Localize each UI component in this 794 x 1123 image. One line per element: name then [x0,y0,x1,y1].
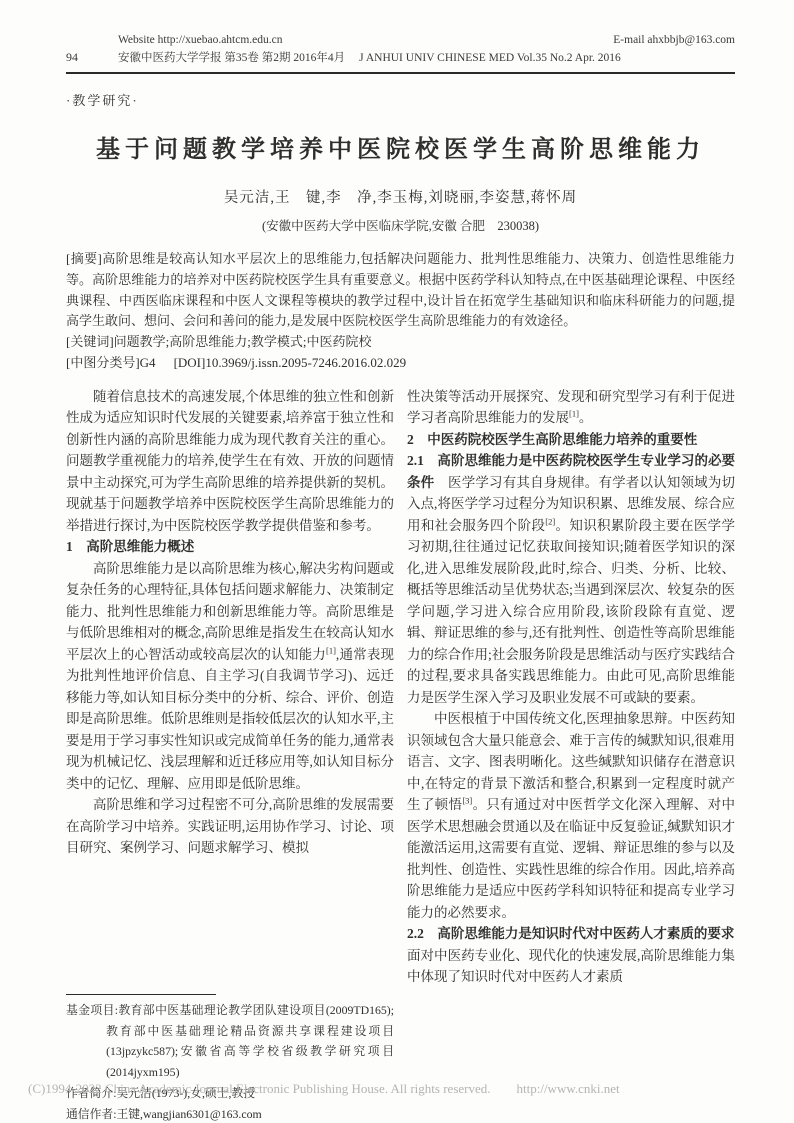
abstract-text: 高阶思维是较高认知水平层次上的思维能力,包括解决问题能力、批判性思维能力、决策力… [66,251,735,328]
abstract-label: [摘要] [66,251,102,266]
page-header-row2: 94 安徽中医药大学学报 第35卷 第2期 2016年4月 J ANHUI UN… [66,49,735,65]
author-list: 吴元洁,王 键,李 净,李玉梅,刘晓丽,李姿慧,蒋怀周 [66,186,735,207]
left-column: 随着信息技术的高速发展,个体思维的独立性和创新性成为适应知识时代发展的关键要素,… [66,386,394,988]
copyright-text: (C)1994-2022 China Academic Journal Elec… [28,1081,491,1096]
clc-label: [中图分类号] [66,355,140,370]
page-content: Website http://xuebao.ahtcm.edu.cn E-mai… [0,0,794,1123]
body-paragraph: 中医根植于中国传统文化,医理抽象思辩。中医药知识领域包含大量只能意会、难于言传的… [407,708,735,923]
journal-page: Website http://xuebao.ahtcm.edu.cn E-mai… [0,0,794,1123]
right-column: 性决策等活动开展探究、发现和研究型学习有利于促进学习者高阶思维能力的发展[1]。… [407,386,735,988]
section-tag: ·教学研究· [66,90,735,109]
body-paragraph: 随着信息技术的高速发展,个体思维的独立性和创新性成为适应知识时代发展的关键要素,… [66,386,394,537]
page-number: 94 [66,50,118,65]
header-divider [66,72,735,74]
keywords-paragraph: [关键词]问题教学;高阶思维能力;教学模式;中医药院校 [66,332,735,353]
doi-value: 10.3969/j.issn.2095-7246.2016.02.029 [205,355,406,370]
journal-name-cn: 安徽中医药大学学报 第35卷 第2期 2016年4月 [118,49,345,65]
keywords-label: [关键词] [66,334,114,349]
fund-project-note: 基金项目:教育部中医基础理论教学团队建设项目(2009TD165);教育部中医基… [66,1000,394,1083]
correspondence-note: 通信作者:王键,wangjian6301@163.com [66,1104,394,1123]
journal-website: Website http://xuebao.ahtcm.edu.cn [118,34,613,46]
journal-email: E-mail ahxbbjb@163.com [613,34,735,46]
subsection-paragraph: 2.1 高阶思维能力是中医药院校医学生专业学习的必要条件 医学学习有其自身规律。… [407,450,735,708]
footnote-divider [66,994,216,995]
body-columns: 随着信息技术的高速发展,个体思维的独立性和创新性成为适应知识时代发展的关键要素,… [66,386,735,988]
subsection-paragraph: 2.2 高阶思维能力是知识时代对中医药人才素质的要求 面对中医药专业化、现代化的… [407,923,735,988]
article-title: 基于问题教学培养中医院校医学生高阶思维能力 [66,129,735,164]
journal-name-en: J ANHUI UNIV CHINESE MED Vol.35 No.2 Apr… [359,52,621,64]
keywords-text: 问题教学;高阶思维能力;教学模式;中医药院校 [114,334,372,349]
article-meta: [摘要]高阶思维是较高认知水平层次上的思维能力,包括解决问题能力、批判性思维能力… [66,249,735,374]
section-heading: 2 中医药院校医学生高阶思维能力培养的重要性 [407,429,735,451]
section-heading: 1 高阶思维能力概述 [66,536,394,558]
body-paragraph: 高阶思维能力是以高阶思维为核心,解决劣构问题或复杂任务的心理特征,具体包括问题求… [66,558,394,795]
page-header-row1: Website http://xuebao.ahtcm.edu.cn E-mai… [66,34,735,46]
clc-value: G4 [140,355,156,370]
classification-paragraph: [中图分类号]G4[DOI]10.3969/j.issn.2095-7246.2… [66,353,735,374]
cnki-footer: (C)1994-2022 China Academic Journal Elec… [28,1081,774,1097]
author-affiliation: (安徽中医药大学中医临床学院,安徽 合肥 230038) [66,216,735,234]
cnki-url: http://www.cnki.net [517,1081,620,1096]
body-paragraph: 高阶思维和学习过程密不可分,高阶思维的发展需要在高阶学习中培养。实践证明,运用协… [66,794,394,859]
footnote-block: 基金项目:教育部中医基础理论教学团队建设项目(2009TD165);教育部中医基… [66,994,394,1123]
abstract-paragraph: [摘要]高阶思维是较高认知水平层次上的思维能力,包括解决问题能力、批判性思维能力… [66,249,735,332]
doi-label: [DOI] [174,355,206,370]
body-paragraph-continued: 性决策等活动开展探究、发现和研究型学习有利于促进学习者高阶思维能力的发展[1]。 [407,386,735,429]
